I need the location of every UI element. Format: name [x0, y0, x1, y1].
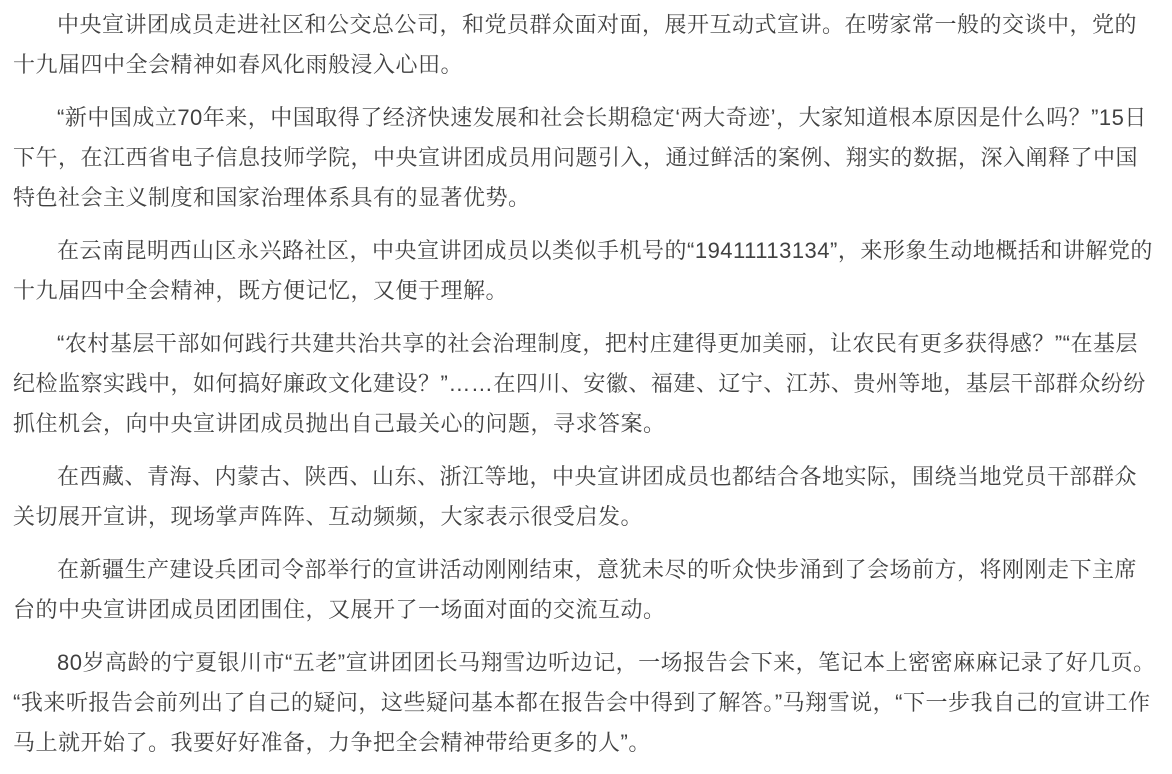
article-paragraph: 中央宣讲团成员走进社区和公交总公司，和党员群众面对面，展开互动式宣讲。在唠家常一… — [13, 5, 1158, 85]
article-paragraph: 在西藏、青海、内蒙古、陕西、山东、浙江等地，中央宣讲团成员也都结合各地实际，围绕… — [13, 457, 1158, 537]
article-paragraph: “农村基层干部如何践行共建共治共享的社会治理制度，把村庄建得更加美丽，让农民有更… — [13, 324, 1158, 444]
article-paragraph: 在云南昆明西山区永兴路社区，中央宣讲团成员以类似手机号的“19411113134… — [13, 231, 1158, 311]
article-paragraph: 80岁高龄的宁夏银川市“五老”宣讲团团长马翔雪边听边记，一场报告会下来，笔记本上… — [13, 643, 1158, 763]
article-paragraph: 在新疆生产建设兵团司令部举行的宣讲活动刚刚结束，意犹未尽的听众快步涌到了会场前方… — [13, 550, 1158, 630]
article-paragraph: “新中国成立70年来，中国取得了经济快速发展和社会长期稳定‘两大奇迹’，大家知道… — [13, 98, 1158, 218]
article-body: 中央宣讲团成员走进社区和公交总公司，和党员群众面对面，展开互动式宣讲。在唠家常一… — [0, 0, 1172, 763]
